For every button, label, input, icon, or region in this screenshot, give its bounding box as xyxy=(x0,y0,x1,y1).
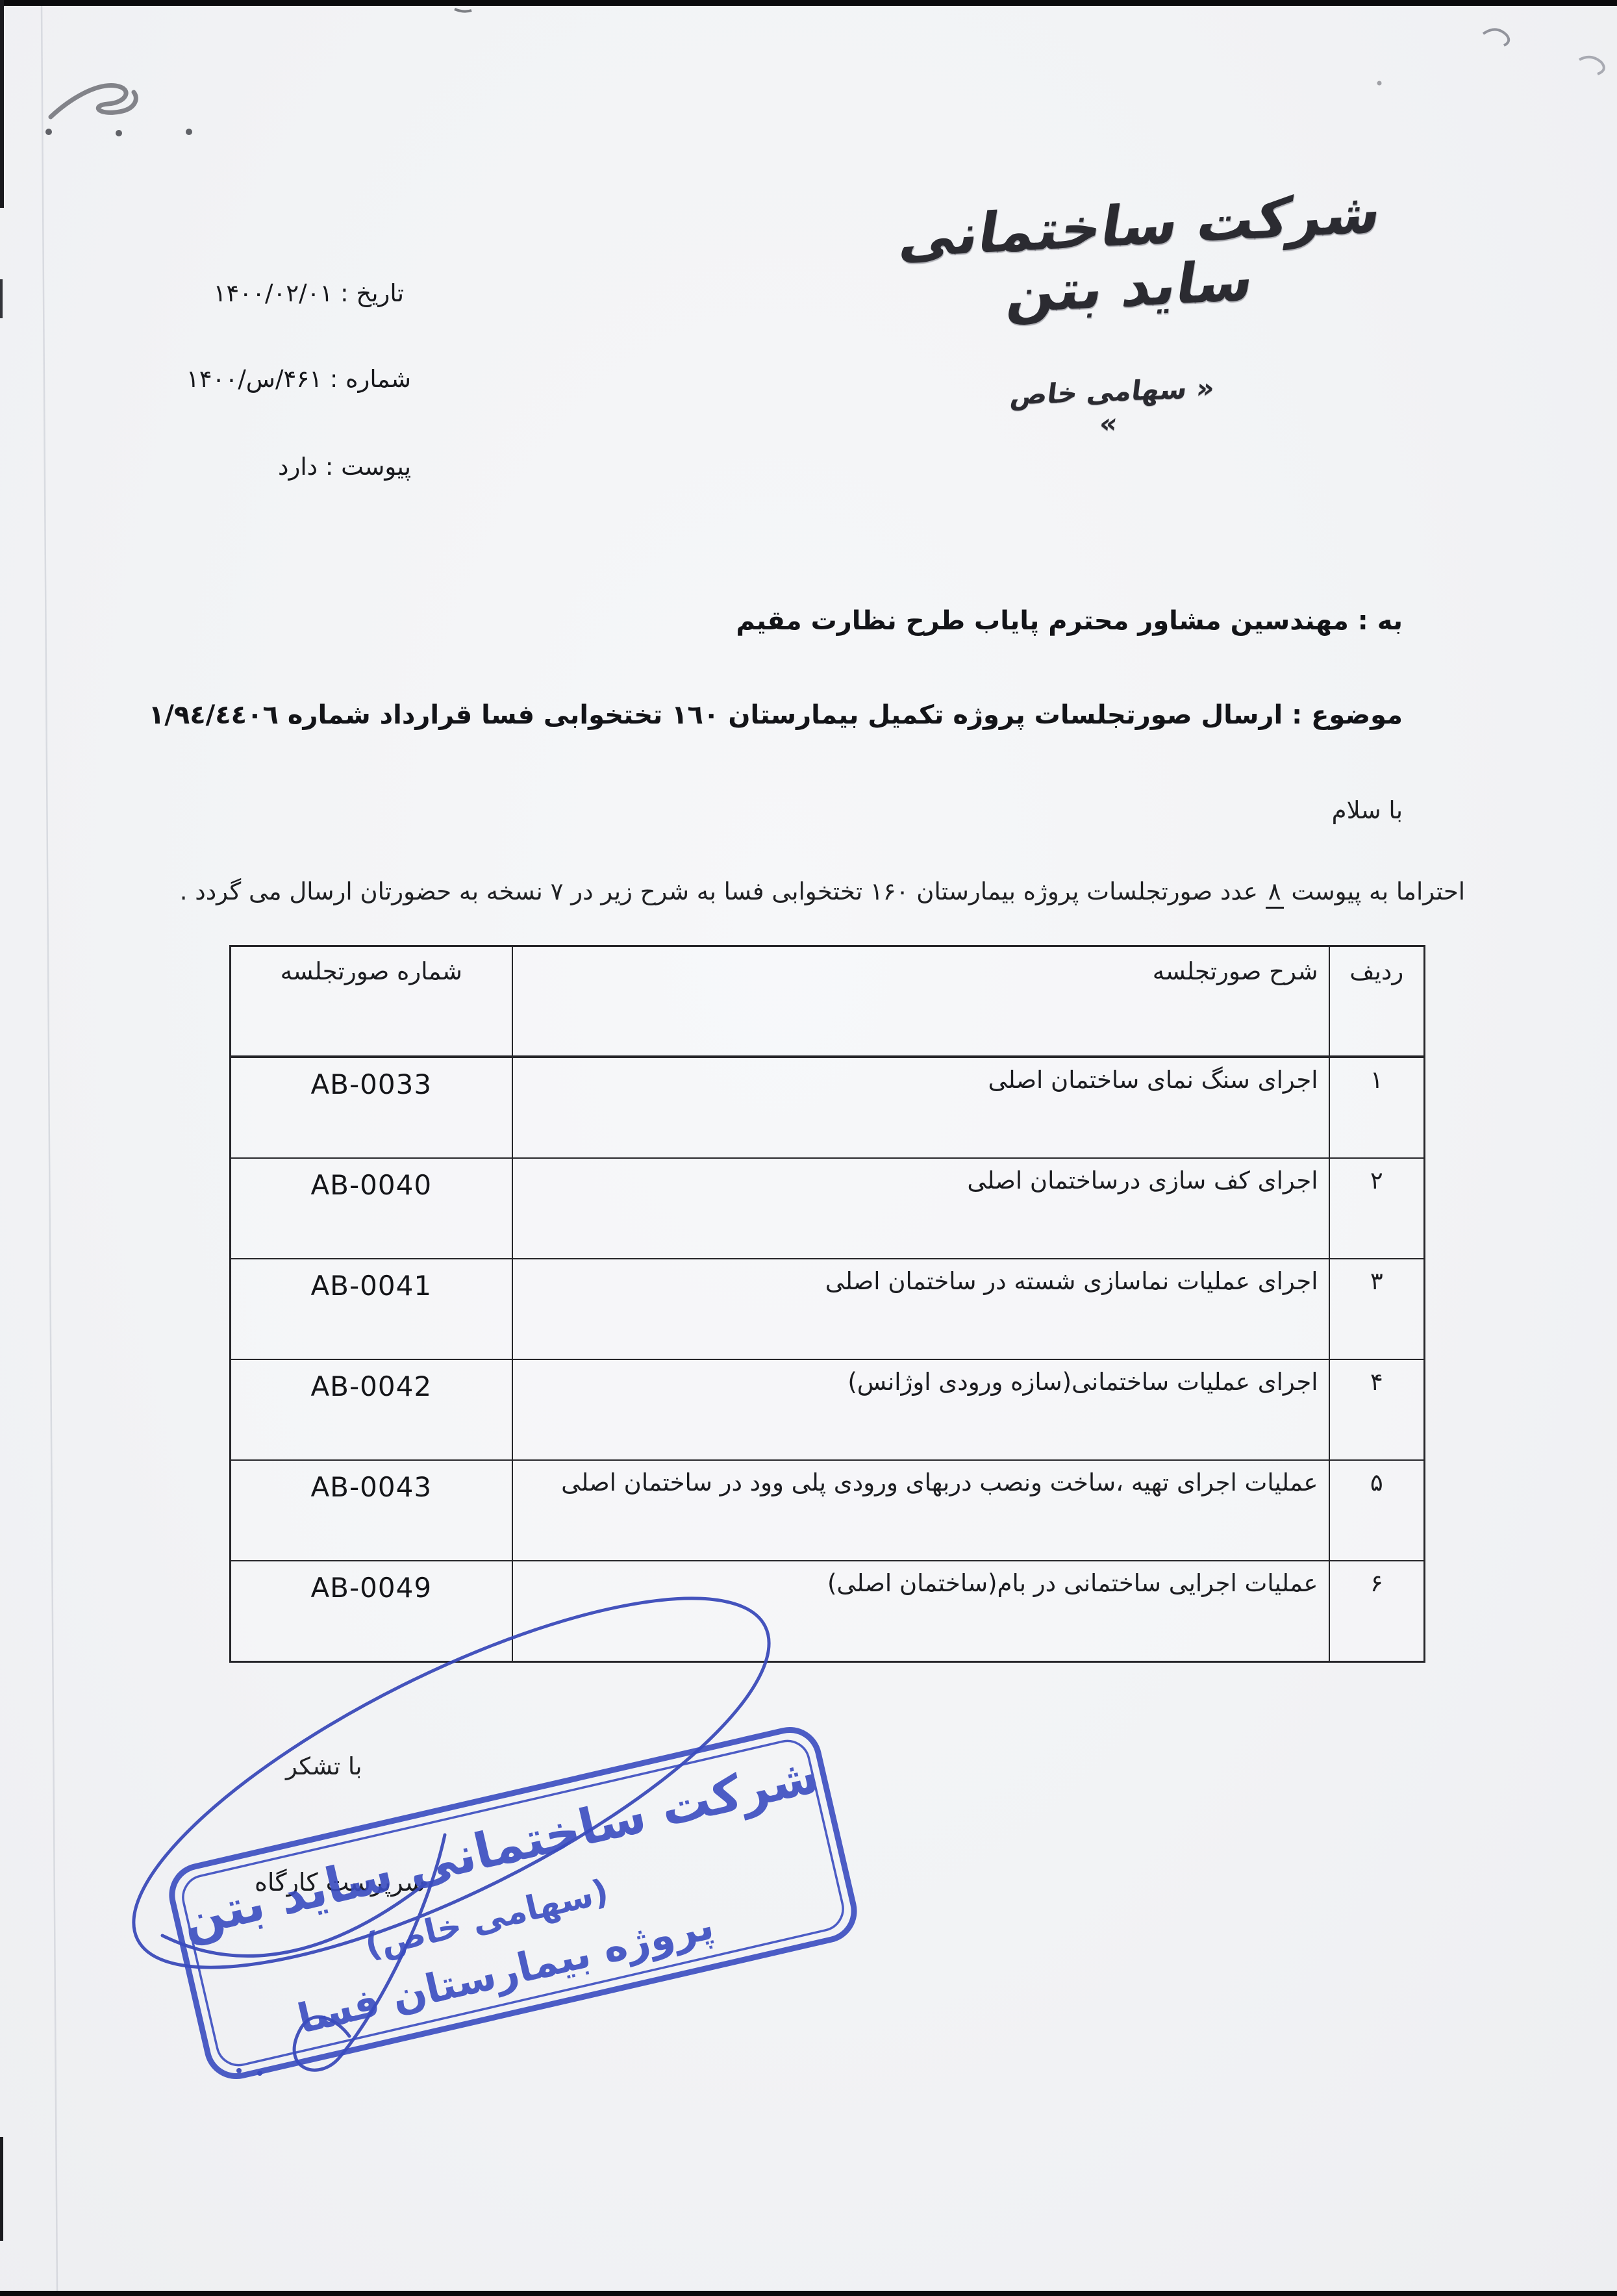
signature-and-stamp: شرکت ساختمانی ساید بتن (سهامی خاص) پروژه… xyxy=(65,1572,948,2182)
stamp-project-name: پروژه بیمارستان فسا xyxy=(293,1901,718,2043)
scan-edge-left-mid xyxy=(0,279,3,318)
number-line: شماره : ۴۶۱/س/۱۴۰۰ xyxy=(186,365,411,393)
scan-edge-left-bottom xyxy=(0,2137,3,2241)
thanks-line: با تشکر xyxy=(286,1752,362,1780)
description-cell: اجرای عملیات نماسازی شسته در ساختمان اصل… xyxy=(512,1259,1329,1359)
row-number-cell: ۳ xyxy=(1329,1259,1425,1359)
scan-edge-bottom xyxy=(0,2291,1617,2296)
description-cell: عملیات اجرایی ساختمانی در بام(ساختمان اص… xyxy=(512,1561,1329,1662)
minutes-code-cell: AB-0043 xyxy=(231,1460,512,1561)
ink-dot xyxy=(116,130,122,136)
date-line: تاریخ : ۱۴۰۰/۰۲/۰۱ xyxy=(213,279,404,307)
ink-dot xyxy=(45,129,52,135)
row-number-cell: ۶ xyxy=(1329,1561,1425,1662)
row-number-cell: ۲ xyxy=(1329,1158,1425,1259)
body-prefix: احتراما به پیوست xyxy=(1291,877,1465,905)
table-row: ۵ عملیات اجرای تهیه ،ساخت ونصب دربهای ور… xyxy=(231,1460,1425,1561)
header-minutes-number: شماره صورتجلسه xyxy=(231,946,512,1057)
minutes-code-cell: AB-0042 xyxy=(231,1359,512,1460)
table-row: ۱ اجرای سنگ نمای ساختمان اصلی AB-0033 xyxy=(231,1057,1425,1158)
attachment-line: پیوست : دارد xyxy=(278,453,411,481)
company-name-calligraphy: شرکت ساختمانی ساید بتن xyxy=(846,181,1414,404)
table-row: ۴ اجرای عملیات ساختمانی(سازه ورودی اوژان… xyxy=(231,1359,1425,1460)
header-row-number: ردیف xyxy=(1329,946,1425,1057)
minutes-table: ردیف شرح صورتجلسه شماره صورتجلسه ۱ اجرای… xyxy=(229,945,1425,1663)
speck xyxy=(455,9,471,12)
body-suffix: عدد صورتجلسات پروژه بیمارستان ۱۶۰ تختخوا… xyxy=(180,877,1258,905)
company-stamp: شرکت ساختمانی ساید بتن (سهامی خاص) پروژه… xyxy=(166,1724,860,2082)
corner-squiggle xyxy=(1483,29,1509,45)
signature-dot xyxy=(236,2068,242,2073)
header-description: شرح صورتجلسه xyxy=(512,946,1329,1057)
description-cell: اجرای سنگ نمای ساختمان اصلی xyxy=(512,1057,1329,1158)
stamp-company-name: شرکت ساختمانی ساید بتن xyxy=(176,1746,824,1949)
paper-crease-line xyxy=(42,6,57,2291)
ink-dot xyxy=(186,129,192,135)
table-row: ۳ اجرای عملیات نماسازی شسته در ساختمان ا… xyxy=(231,1259,1425,1359)
minutes-table-header: ردیف شرح صورتجلسه شماره صورتجلسه xyxy=(231,946,1425,1057)
row-number-cell: ۴ xyxy=(1329,1359,1425,1460)
scan-edge-left-top xyxy=(0,0,4,208)
body-paragraph: احتراما به پیوست ۸ عدد صورتجلسات پروژه ب… xyxy=(180,877,1465,905)
stamp-inner-border xyxy=(179,1737,847,2070)
table-row: ۲ اجرای کف سازی درساختمان اصلی AB-0040 xyxy=(231,1158,1425,1259)
minutes-code-cell: AB-0040 xyxy=(231,1158,512,1259)
description-cell: اجرای عملیات ساختمانی(سازه ورودی اوژانس) xyxy=(512,1359,1329,1460)
signer-role-line: سرپرست کارگاه xyxy=(255,1868,425,1897)
attachment-count-underlined: ۸ xyxy=(1266,877,1284,909)
description-cell: اجرای کف سازی درساختمان اصلی xyxy=(512,1158,1329,1259)
header-row: ردیف شرح صورتجلسه شماره صورتجلسه xyxy=(231,946,1425,1057)
ink-smudge-top-left xyxy=(51,86,136,117)
minutes-table-body: ۱ اجرای سنگ نمای ساختمان اصلی AB-0033 ۲ … xyxy=(231,1057,1425,1662)
table-row: ۶ عملیات اجرایی ساختمانی در بام(ساختمان … xyxy=(231,1561,1425,1662)
stamp-outer-border xyxy=(166,1724,860,2082)
row-number-cell: ۵ xyxy=(1329,1460,1425,1561)
minutes-code-cell: AB-0033 xyxy=(231,1057,512,1158)
description-cell: عملیات اجرای تهیه ،ساخت ونصب دربهای ورود… xyxy=(512,1460,1329,1561)
salutation-line: با سلام xyxy=(1332,796,1403,824)
minutes-code-cell: AB-0049 xyxy=(231,1561,512,1662)
signature-dot xyxy=(257,2071,262,2076)
minutes-code-cell: AB-0041 xyxy=(231,1259,512,1359)
company-type-label: « سهامی خاص » xyxy=(999,372,1222,442)
recipient-line: به : مهندسین مشاور محترم پایاب طرح نظارت… xyxy=(736,606,1403,636)
speck xyxy=(1377,81,1382,86)
row-number-cell: ۱ xyxy=(1329,1057,1425,1158)
scan-edge-top xyxy=(0,0,1617,6)
scanned-letter-page: { "page": { "background": "#f2f3f5", "in… xyxy=(0,0,1617,2296)
subject-line: موضوع : ارسال صورتجلسات پروژه تکمیل بیما… xyxy=(149,700,1403,730)
corner-squiggle xyxy=(1579,57,1604,74)
